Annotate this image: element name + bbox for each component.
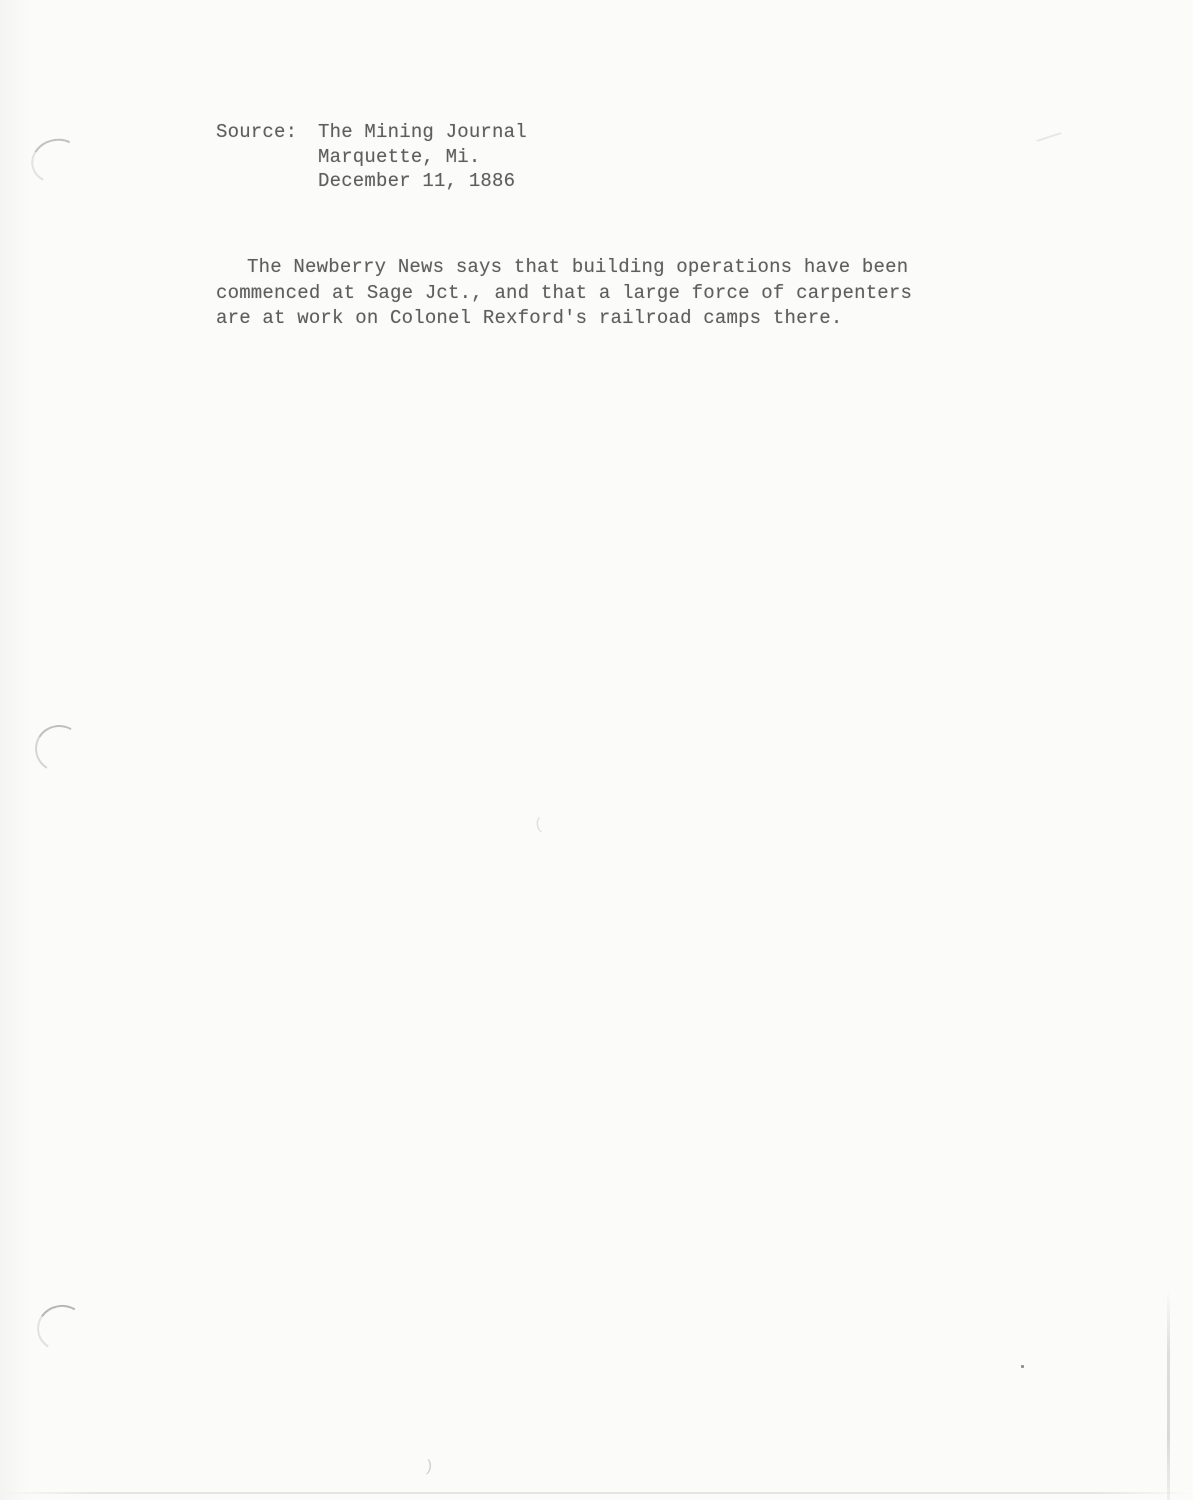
- stray-ink-mark-middle: (: [533, 815, 545, 834]
- source-date: December 11, 1886: [318, 169, 527, 194]
- body-paragraph: The Newberry News says that building ope…: [216, 255, 912, 332]
- punch-hole-mark-bottom: [33, 1300, 90, 1355]
- scan-smudge: [1036, 132, 1061, 142]
- source-location: Marquette, Mi.: [318, 145, 527, 170]
- body-line: are at work on Colonel Rexford's railroa…: [216, 306, 912, 332]
- ink-speck: [1021, 1365, 1024, 1368]
- scan-edge-line-right: [1167, 1290, 1170, 1500]
- body-line: commenced at Sage Jct., and that a large…: [216, 281, 912, 307]
- punch-hole-mark-middle: [30, 720, 88, 777]
- scanned-document-page: Source: The Mining Journal Marquette, Mi…: [0, 0, 1193, 1500]
- source-publication: The Mining Journal: [318, 120, 527, 145]
- punch-hole-mark-top: [26, 133, 87, 189]
- stray-ink-mark-bottom: ): [423, 1458, 434, 1477]
- source-label: Source:: [216, 120, 297, 145]
- scan-edge-line-bottom: [0, 1492, 1193, 1494]
- source-citation-block: The Mining Journal Marquette, Mi. Decemb…: [318, 120, 527, 194]
- body-line: The Newberry News says that building ope…: [216, 255, 912, 281]
